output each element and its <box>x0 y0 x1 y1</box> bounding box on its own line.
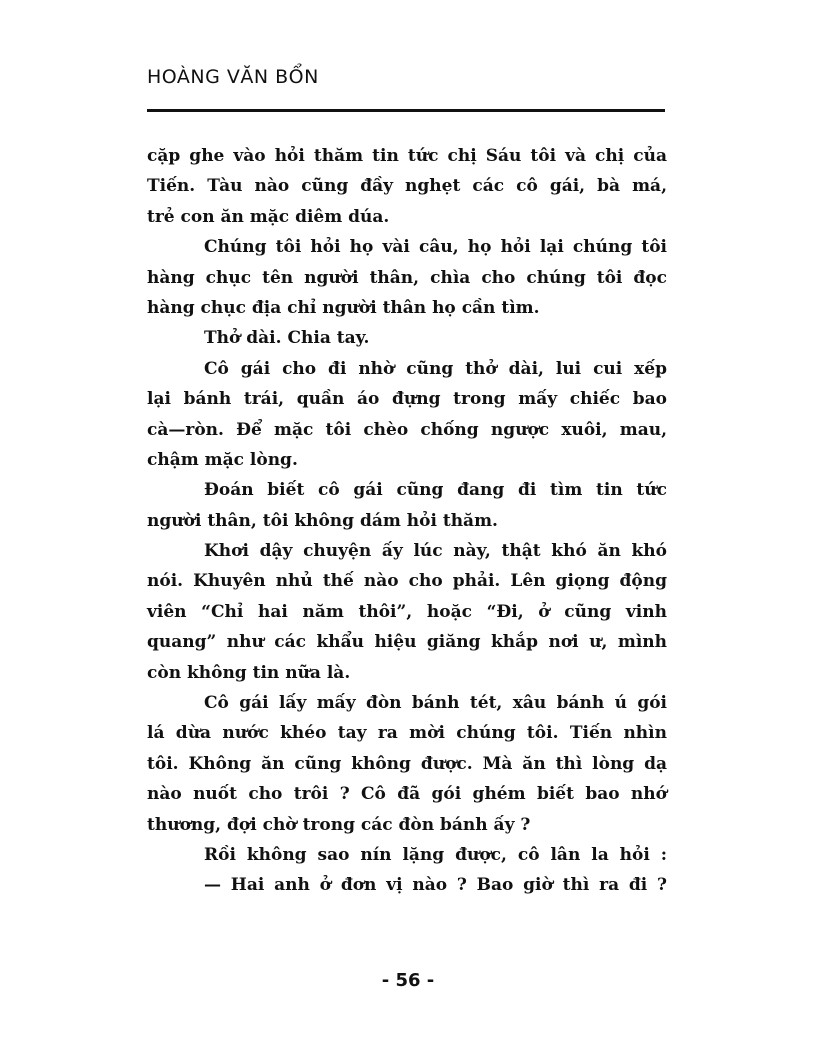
text-line: lá dừa nước khéo tay ra mời chúng tôi. T… <box>147 718 667 748</box>
text-line: quang” như các khẩu hiệu giăng khắp nơi … <box>147 627 667 657</box>
text-line: Đoán biết cô gái cũng đang đi tìm tin tứ… <box>147 475 667 505</box>
text-line: hàng chục tên người thân, chìa cho chúng… <box>147 263 667 293</box>
text-line: lại bánh trái, quần áo đựng trong mấy ch… <box>147 384 667 414</box>
text-line: cặp ghe vào hỏi thăm tin tức chị Sáu tôi… <box>147 141 667 171</box>
book-page: HOÀNG VĂN BỔN cặp ghe vào hỏi thăm tin t… <box>0 0 816 1056</box>
running-head-author: HOÀNG VĂN BỔN <box>147 66 319 88</box>
text-line: nói. Khuyên nhủ thế nào cho phải. Lên gi… <box>147 566 667 596</box>
page-number: - 56 - <box>0 970 816 991</box>
text-line: viên “Chỉ hai năm thôi”, hoặc “Đi, ở cũn… <box>147 597 667 627</box>
dialogue-line: — Hai anh ở đơn vị nào ? Bao giờ thì ra … <box>147 870 667 900</box>
text-line: Tiến. Tàu nào cũng đầy nghẹt các cô gái,… <box>147 171 667 201</box>
text-line: chậm mặc lòng. <box>147 445 667 475</box>
text-line: Chúng tôi hỏi họ vài câu, họ hỏi lại chú… <box>147 232 667 262</box>
text-line: tôi. Không ăn cũng không được. Mà ăn thì… <box>147 749 667 779</box>
text-line: nào nuốt cho trôi ? Cô đã gói ghém biết … <box>147 779 667 809</box>
text-line: còn không tin nữa là. <box>147 658 667 688</box>
text-line: Khơi dậy chuyện ấy lúc này, thật khó ăn … <box>147 536 667 566</box>
text-line: người thân, tôi không dám hỏi thăm. <box>147 506 667 536</box>
text-line: trẻ con ăn mặc diêm dúa. <box>147 202 667 232</box>
body-text: cặp ghe vào hỏi thăm tin tức chị Sáu tôi… <box>147 141 667 901</box>
text-line: cà—ròn. Để mặc tôi chèo chống ngược xuôi… <box>147 415 667 445</box>
text-line: Cô gái cho đi nhờ cũng thở dài, lui cui … <box>147 354 667 384</box>
text-line: Thở dài. Chia tay. <box>147 323 667 353</box>
text-line: Rồi không sao nín lặng được, cô lân la h… <box>147 840 667 870</box>
text-line: thương, đợi chờ trong các đòn bánh ấy ? <box>147 810 667 840</box>
header-rule <box>147 109 665 112</box>
text-line: hàng chục địa chỉ người thân họ cần tìm. <box>147 293 667 323</box>
text-line: Cô gái lấy mấy đòn bánh tét, xâu bánh ú … <box>147 688 667 718</box>
